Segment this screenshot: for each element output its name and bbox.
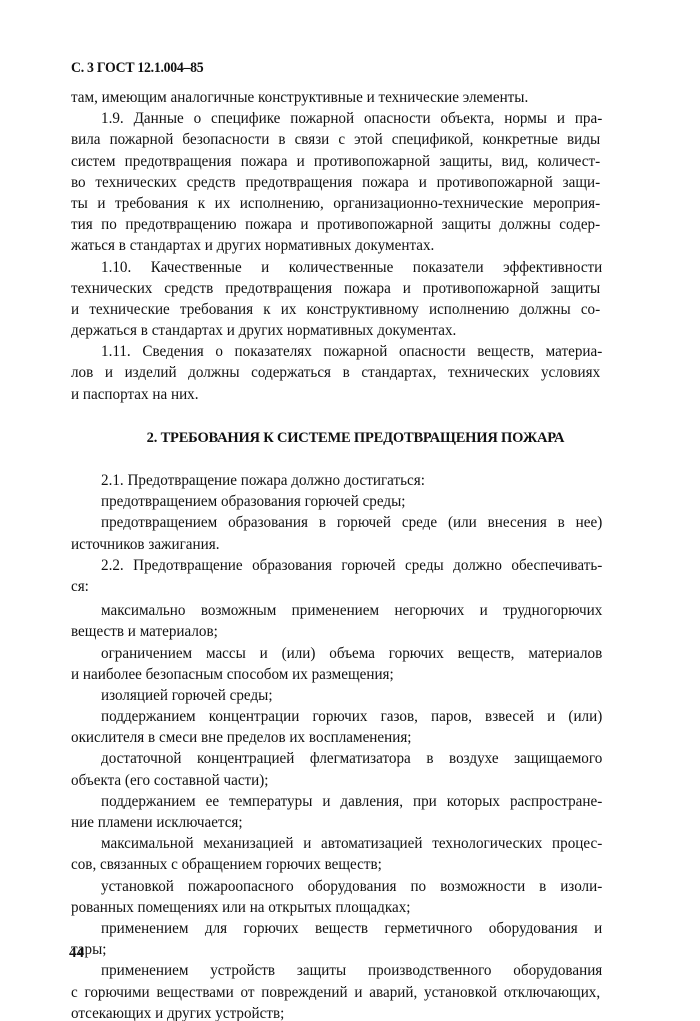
text-line: 1.9. Данные о специфике пожарной опаснос…	[71, 107, 640, 128]
paragraph-1-9: 1.9. Данные о специфике пожарной опаснос…	[71, 107, 640, 255]
text-line: тары;	[71, 938, 640, 959]
document-body: там, имеющим аналогичные конструктивные …	[71, 86, 640, 1021]
text-line: 1.10. Качественные и количественные пока…	[71, 256, 640, 277]
text-line: окислителя в смеси вне пределов их воспл…	[71, 726, 640, 747]
paragraph-1-10: 1.10. Качественные и количественные пока…	[71, 256, 640, 341]
list-item: максимальной механизацией и автоматизаци…	[71, 832, 640, 874]
text-line: сов, связанных с обращением горючих веще…	[71, 853, 640, 874]
text-line: лов и изделий должны содержаться в станд…	[71, 361, 640, 382]
paragraph-2-2: 2.2. Предотвращение образования горючей …	[71, 554, 640, 596]
text-line: жаться в стандартах и других нормативных…	[71, 234, 640, 255]
text-line: систем предотвращения пожара и противопо…	[71, 150, 640, 171]
list-item: применением для горючих веществ герметич…	[71, 917, 640, 959]
text-line: рованных помещениях или на открытых площ…	[71, 896, 640, 917]
text-line: достаточной концентрацией флегматизатора…	[71, 747, 640, 768]
text-line: тия по предотвращению пожара и противопо…	[71, 213, 640, 234]
text-line: 1.11. Сведения о показателях пожарной оп…	[71, 340, 640, 361]
text-line: с горючими веществами от повреждений и а…	[71, 981, 640, 1002]
text-line: и наиболее безопасным способом их размещ…	[71, 663, 640, 684]
text-line: максимально возможным применением негорю…	[71, 599, 640, 620]
text-line: источников зажигания.	[71, 533, 640, 554]
text-line: во технических средств предотвращения по…	[71, 171, 640, 192]
text-line: ограничением массы и (или) объема горючи…	[71, 642, 640, 663]
text-line: технических средств предотвращения пожар…	[71, 277, 640, 298]
paragraph-2-1-b: предотвращением образования в горючей ср…	[71, 511, 640, 553]
list-item: достаточной концентрацией флегматизатора…	[71, 747, 640, 789]
text-line: там, имеющим аналогичные конструктивные …	[71, 86, 640, 107]
text-line: максимальной механизацией и автоматизаци…	[71, 832, 640, 853]
text-line: и паспортах на них.	[71, 383, 640, 404]
text-line: 2.2. Предотвращение образования горючей …	[71, 554, 640, 575]
text-line: применением устройств защиты производств…	[71, 959, 640, 980]
list-item: ограничением массы и (или) объема горючи…	[71, 642, 640, 684]
text-line: ся:	[71, 575, 640, 596]
text-line: применением для горючих веществ герметич…	[71, 917, 640, 938]
text-line: ние пламени исключается;	[71, 811, 640, 832]
text-line: изоляцией горючей среды;	[71, 684, 640, 705]
text-line: предотвращением образования горючей сред…	[71, 490, 640, 511]
page-number: 44	[69, 945, 84, 962]
paragraph-continuation: там, имеющим аналогичные конструктивные …	[71, 86, 640, 107]
text-line: ты и требования к их исполнению, организ…	[71, 192, 640, 213]
page-header: С. 3 ГОСТ 12.1.004–85	[71, 60, 203, 77]
section-title: 2. ТРЕБОВАНИЯ К СИСТЕМЕ ПРЕДОТВРАЩЕНИЯ П…	[71, 428, 640, 449]
text-line: держаться в стандартах и других норматив…	[71, 319, 640, 340]
paragraph-2-1-a: предотвращением образования горючей сред…	[71, 490, 640, 511]
list-item: поддержанием концентрации горючих газов,…	[71, 705, 640, 747]
list-item: применением устройств защиты производств…	[71, 959, 640, 1021]
text-line: поддержанием концентрации горючих газов,…	[71, 705, 640, 726]
list-item: установкой пожароопасного оборудования п…	[71, 875, 640, 917]
text-line: вила пожарной безопасности в связи с это…	[71, 128, 640, 149]
text-line: отсекающих и других устройств;	[71, 1002, 640, 1021]
text-line: объекта (его составной части);	[71, 769, 640, 790]
text-line: предотвращением образования в горючей ср…	[71, 511, 640, 532]
text-line: 2.1. Предотвращение пожара должно достиг…	[71, 469, 640, 490]
list-item: максимально возможным применением негорю…	[71, 599, 640, 641]
text-line: веществ и материалов;	[71, 620, 640, 641]
paragraph-2-1: 2.1. Предотвращение пожара должно достиг…	[71, 469, 640, 490]
paragraph-1-11: 1.11. Сведения о показателях пожарной оп…	[71, 340, 640, 404]
list-item: поддержанием ее температуры и давления, …	[71, 790, 640, 832]
text-line: и технические требования к их конструкти…	[71, 298, 640, 319]
text-line: установкой пожароопасного оборудования п…	[71, 875, 640, 896]
text-line: поддержанием ее температуры и давления, …	[71, 790, 640, 811]
list-item: изоляцией горючей среды;	[71, 684, 640, 705]
